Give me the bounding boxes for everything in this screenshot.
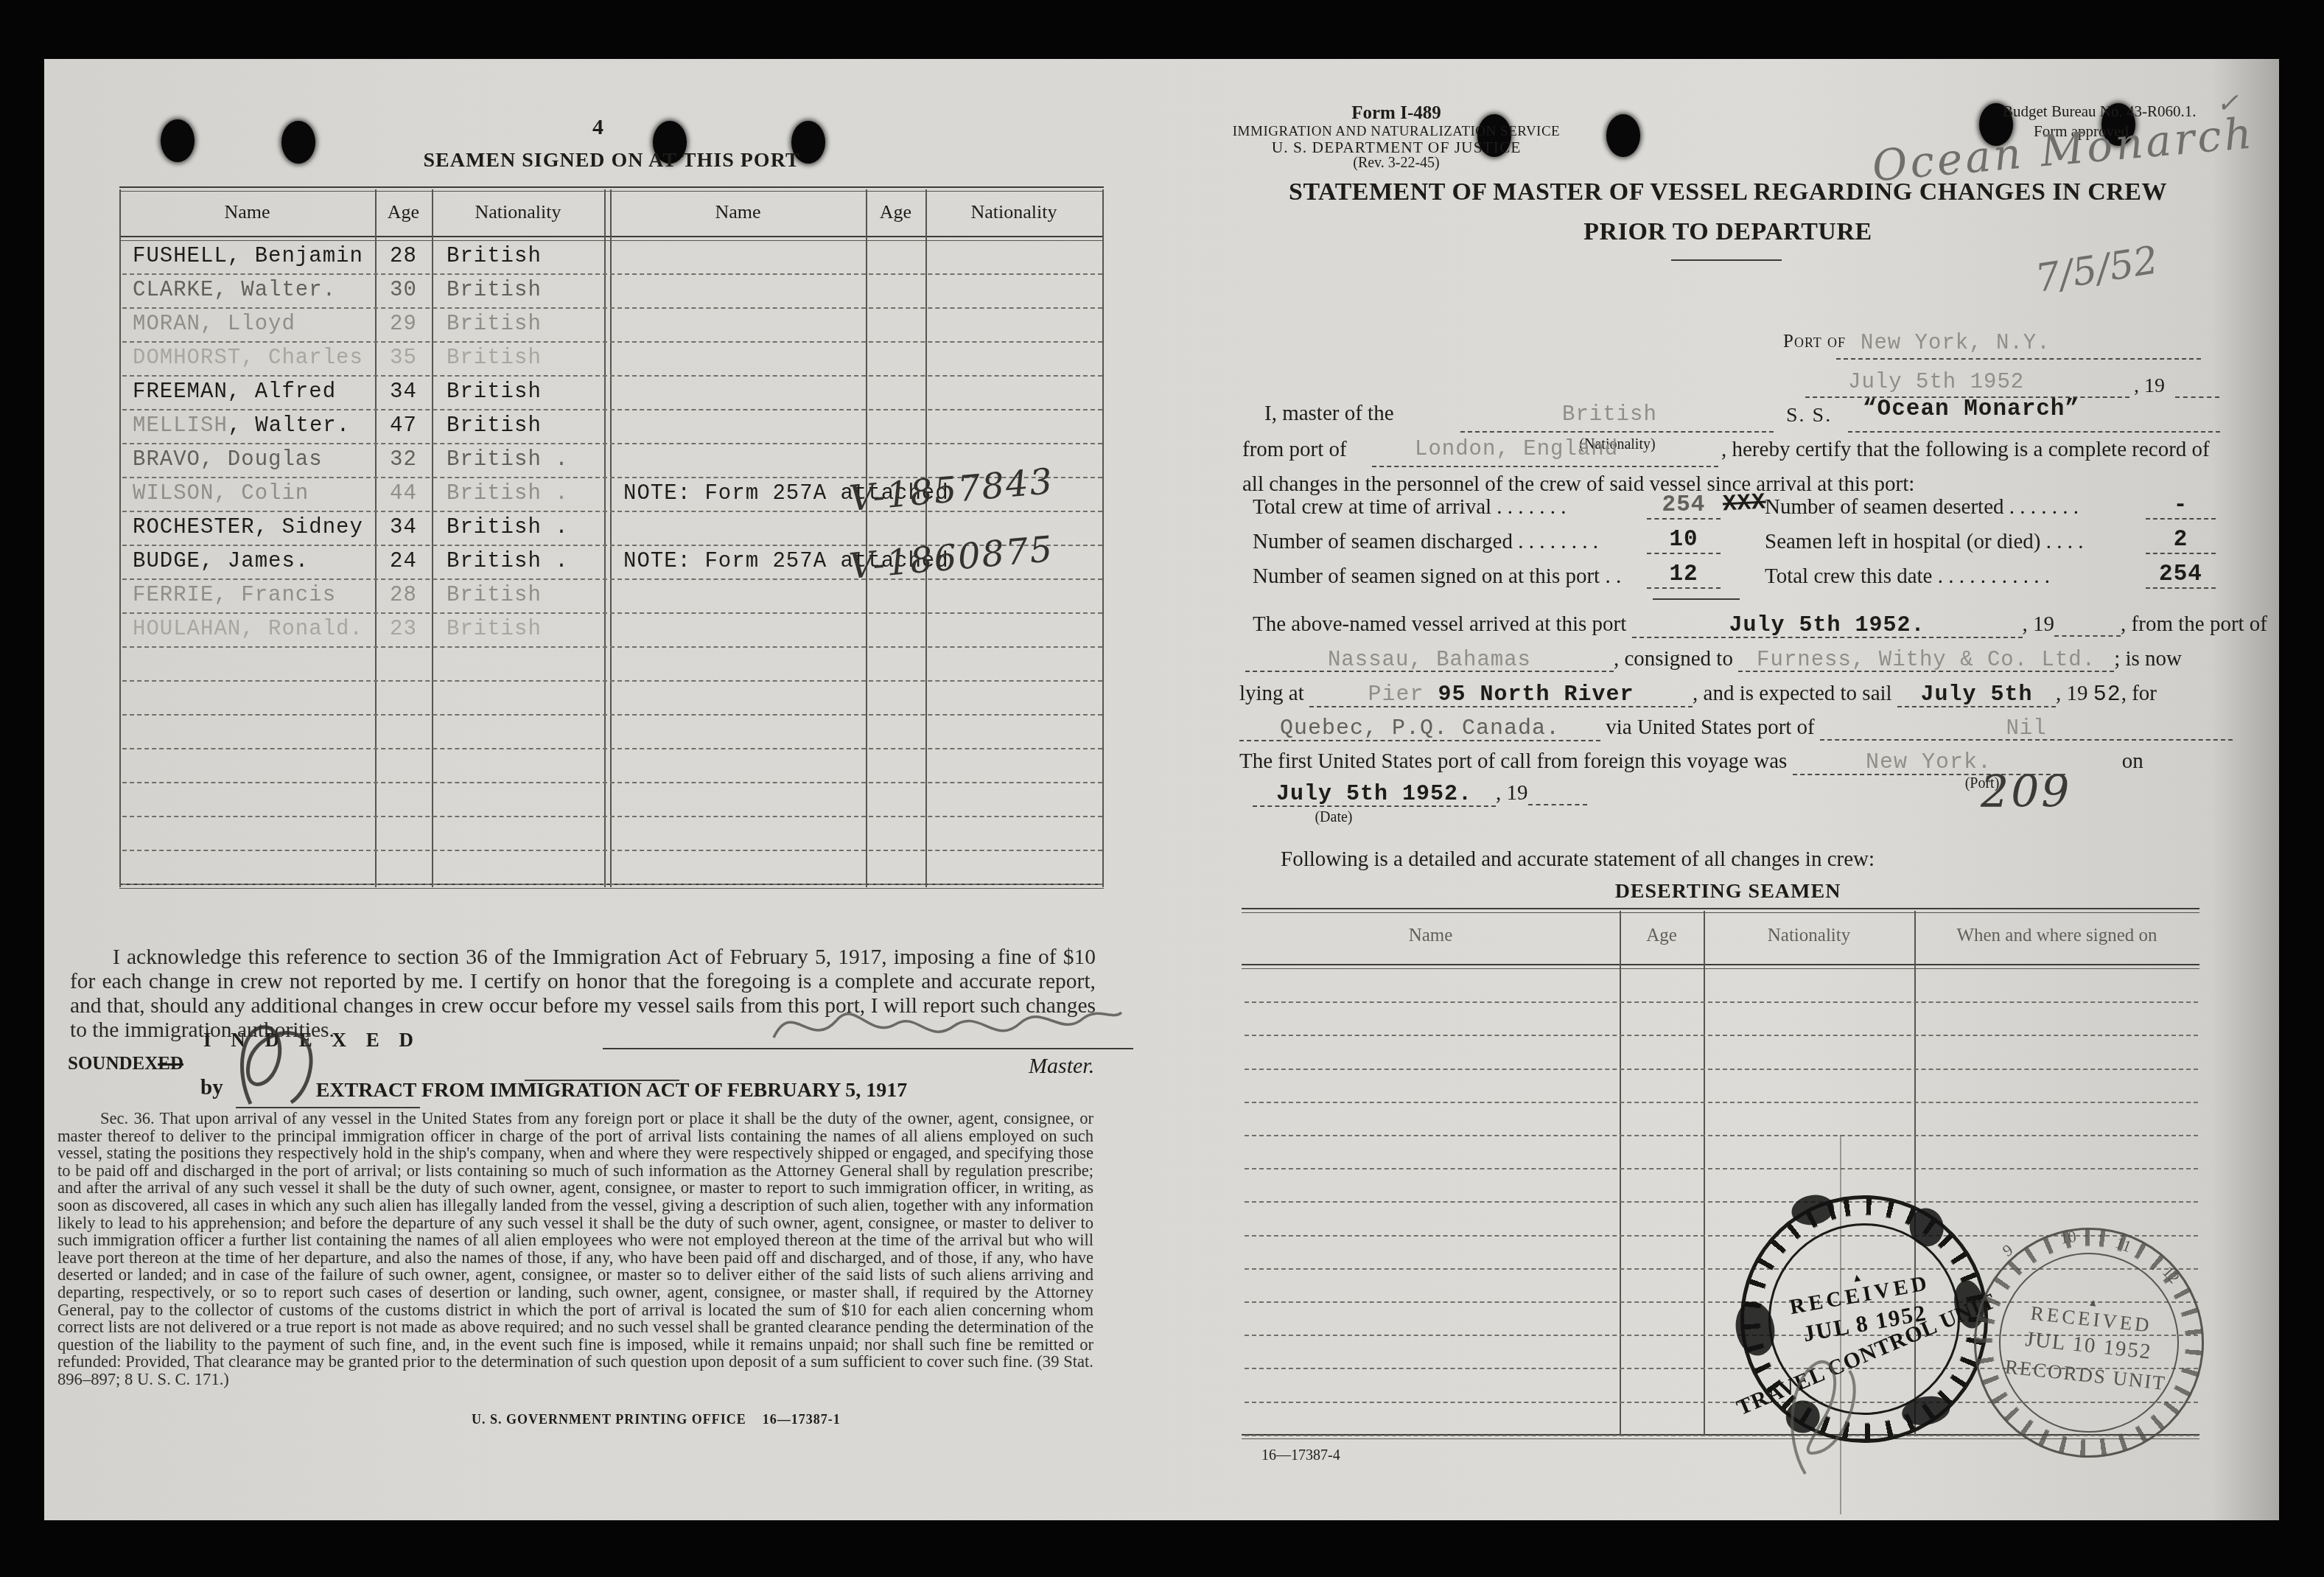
seaman-nationality: British [447,583,542,607]
form-id: Form I-489 [1253,103,1540,124]
vessel-name-value: “Ocean Monarch” [1863,396,2079,422]
pier-value-faint: Pier [1368,682,1424,707]
stat-label: Number of seamen signed on at this port … [1253,564,1621,589]
first-us-port-value: New York. [1866,750,1992,775]
seaman-age: 23 [375,617,432,641]
arrival-line6: July 5th 1952., 19 [1253,781,1587,807]
via-port-value: Nil [2006,716,2046,741]
col-header-nationality2: Nationality [925,201,1102,223]
deserting-seamen-title: DESERTING SEAMEN [1275,880,2181,903]
ss-label: S. S. [1786,404,1832,427]
seaman-nationality: British [447,346,542,370]
seaman-age: 44 [375,481,432,506]
seaman-age: 28 [375,583,432,607]
date-19-suffix: , 19 [2134,374,2165,398]
seaman-nationality: British [447,244,542,268]
stat-value: 254 [1647,492,1721,520]
dcol-nationality: Nationality [1704,926,1914,946]
table-row-line [122,816,1102,817]
seaman-name: DOMHORST, Charles [133,346,363,370]
received-stamp-records-unit: ▲ RECEIVED JUL 10 1952 RECORDS UNIT 9 10… [1963,1217,2216,1469]
extract-title: EXTRACT FROM IMMIGRATION ACT OF FEBRUARY… [119,1079,1104,1102]
seaman-nationality: British . [447,481,569,506]
sail-year-value: 52 [2093,682,2121,707]
stat-value: 2 [2146,527,2216,554]
col-header-age2: Age [866,201,925,223]
table-row-line [122,375,1102,377]
table-row-line [1245,1135,2198,1136]
destination-value: Quebec, P.Q. Canada. [1280,716,1560,741]
rev-line: (Rev. 3-22-45) [1223,155,1569,172]
table-border [119,236,1104,241]
arrival-line1: The above-named vessel arrived at this p… [1253,612,2267,638]
seaman-name: WILSON, Colin [133,481,309,506]
dcol-age: Age [1620,926,1704,946]
seaman-age: 47 [375,413,432,438]
seaman-age: 35 [375,346,432,370]
date-caption: (Date) [1282,809,1385,826]
col-header-age: Age [375,201,432,223]
seaman-nationality: British . [447,549,569,573]
seaman-age: 29 [375,312,432,336]
col-header-nationality: Nationality [432,201,604,223]
seaman-nationality: British [447,617,542,641]
page-number: 4 [592,115,603,140]
table-row-line [1245,1069,2198,1070]
form-title-line1: STATEMENT OF MASTER OF VESSEL REGARDING … [1275,178,2181,206]
port-of-value: New York, N.Y. [1861,331,2051,355]
punch-hole [1606,114,1640,157]
stat-value: 10 [1647,527,1721,554]
sec36-paragraph: Sec. 36. That upon arrival of any vessel… [57,1110,1093,1388]
consignee-value: Furness, Withy & Co. Ltd. [1757,648,2096,672]
signature-line [603,1048,1133,1049]
arrival-line3: lying at Pier 95 North River, and is exp… [1239,682,2157,707]
seamen-signed-on-table: Name Age Nationality Name Age Nationalit… [119,186,1104,892]
seaman-name: BRAVO, Douglas [133,447,323,472]
table-row-line [122,511,1102,512]
table-row-line [122,341,1102,343]
table-row-line [1245,1001,2198,1003]
from-port-value: London, England [1415,437,1618,461]
stat-value: - [2146,492,2216,520]
table-row-line [122,612,1102,614]
nationality-value: British [1562,402,1657,427]
stat-label: Total crew this date . . . . . . . . . .… [1765,564,2050,589]
seaman-nationality: British [447,380,542,404]
seaman-name: ROCHESTER, Sidney [133,515,363,539]
seaman-name: FUSHELL, Benjamin [133,244,363,268]
pier-value: 95 North River [1424,682,1634,707]
seaman-age: 34 [375,380,432,404]
seaman-name: , Walter. [228,413,351,438]
stat-value: 254 [2146,562,2216,589]
table-row-line [1245,1201,2198,1203]
stamp-rim-number: 10 [2059,1227,2078,1248]
table-row-line [122,273,1102,275]
from-port-label: from port of [1242,438,1347,462]
table-row-line [1245,1168,2198,1169]
right-footer-number: 16—17387-4 [1261,1447,1340,1464]
form-title-line2: PRIOR TO DEPARTURE [1275,218,2181,246]
seaman-nationality: British [447,278,542,302]
statement-date-value: July 5th 1952 [1848,370,2024,394]
seaman-name: HOULAHAN, Ronald. [133,617,363,641]
pencil-scrawl-over-stamp [1761,1349,1886,1481]
table-row-line [122,680,1102,682]
seaman-age: 24 [375,549,432,573]
arrival-line4: Quebec, P.Q. Canada. via United States p… [1239,716,2233,741]
seaman-age: 34 [375,515,432,539]
seaman-name: MORAN, Lloyd [133,312,295,336]
col-header-name: Name [119,201,375,223]
arrival-date-value: July 5th 1952. [1729,613,1925,638]
col-header-name2: Name [610,201,866,223]
stat-value: 12 [1647,562,1721,589]
table-row-line [1245,1035,2198,1036]
stat-label: Total crew at time of arrival . . . . . … [1253,495,1567,520]
table-row-line [122,850,1102,851]
table-row-line [122,443,1102,444]
all-changes-text: all changes in the personnel of the crew… [1242,472,1914,497]
scanned-immigration-form: 4 SEAMEN SIGNED ON AT THIS PORT Name Age… [0,0,2324,1577]
sail-date-value: July 5th [1920,682,2032,707]
following-statement: Following is a detailed and accurate sta… [1281,847,1875,872]
seaman-name: CLARKE, Walter. [133,278,336,302]
seaman-name: FREEMAN, Alfred [133,380,336,404]
from-port-of-value: Nassau, Bahamas [1328,648,1531,672]
table-row-line [122,578,1102,580]
first-call-date-value: July 5th 1952. [1276,782,1472,807]
seaman-age: 32 [375,447,432,472]
stat-label: Number of seamen discharged . . . . . . … [1253,530,1598,554]
table-row-line [122,307,1102,309]
seaman-nationality: British [447,413,542,438]
table-border [119,186,1104,192]
seaman-age: 28 [375,244,432,268]
master-caption: Master. [1029,1054,1094,1079]
seaman-name: MELLISH [133,413,228,438]
seaman-age: 30 [375,278,432,302]
arrival-line2: Nassau, Bahamas, consigned to Furness, W… [1245,647,2182,672]
table-row-line [122,782,1102,783]
seaman-nationality: British . [447,447,569,472]
port-of-label: Port of [1783,332,1846,352]
seaman-nationality: British . [447,515,569,539]
seaman-name: BUDGE, James. [133,549,309,573]
table-row-line [122,646,1102,648]
dcol-when-where: When and where signed on [1914,926,2199,946]
table-row-line [122,884,1102,885]
stat-value-struck: XXX [1722,489,1767,517]
certify-text: , hereby certify that the following is a… [1721,438,2210,462]
table-row-line [1245,1102,2198,1103]
table-row-line [122,748,1102,749]
dcol-name: Name [1242,926,1620,946]
i-master-label: I, master of the [1264,402,1394,426]
seaman-nationality: British [447,312,542,336]
table-row-line [122,409,1102,410]
gpo-footer: U. S. GOVERNMENT PRINTING OFFICE 16—1738… [472,1412,841,1427]
left-table-title: SEAMEN SIGNED ON AT THIS PORT [119,149,1104,172]
soundexed-stamp: SOUNDEXED [68,1054,183,1074]
seaman-name: FERRIE, Francis [133,583,336,607]
stat-label: Seamen left in hospital (or died) . . . … [1765,530,2083,554]
agency-line1: Immigration and Naturalization Service [1223,124,1569,140]
hand-number-209: 209 [1981,766,2072,818]
stat-label: Number of seamen deserted . . . . . . . [1765,495,2079,520]
table-row-line [122,714,1102,716]
